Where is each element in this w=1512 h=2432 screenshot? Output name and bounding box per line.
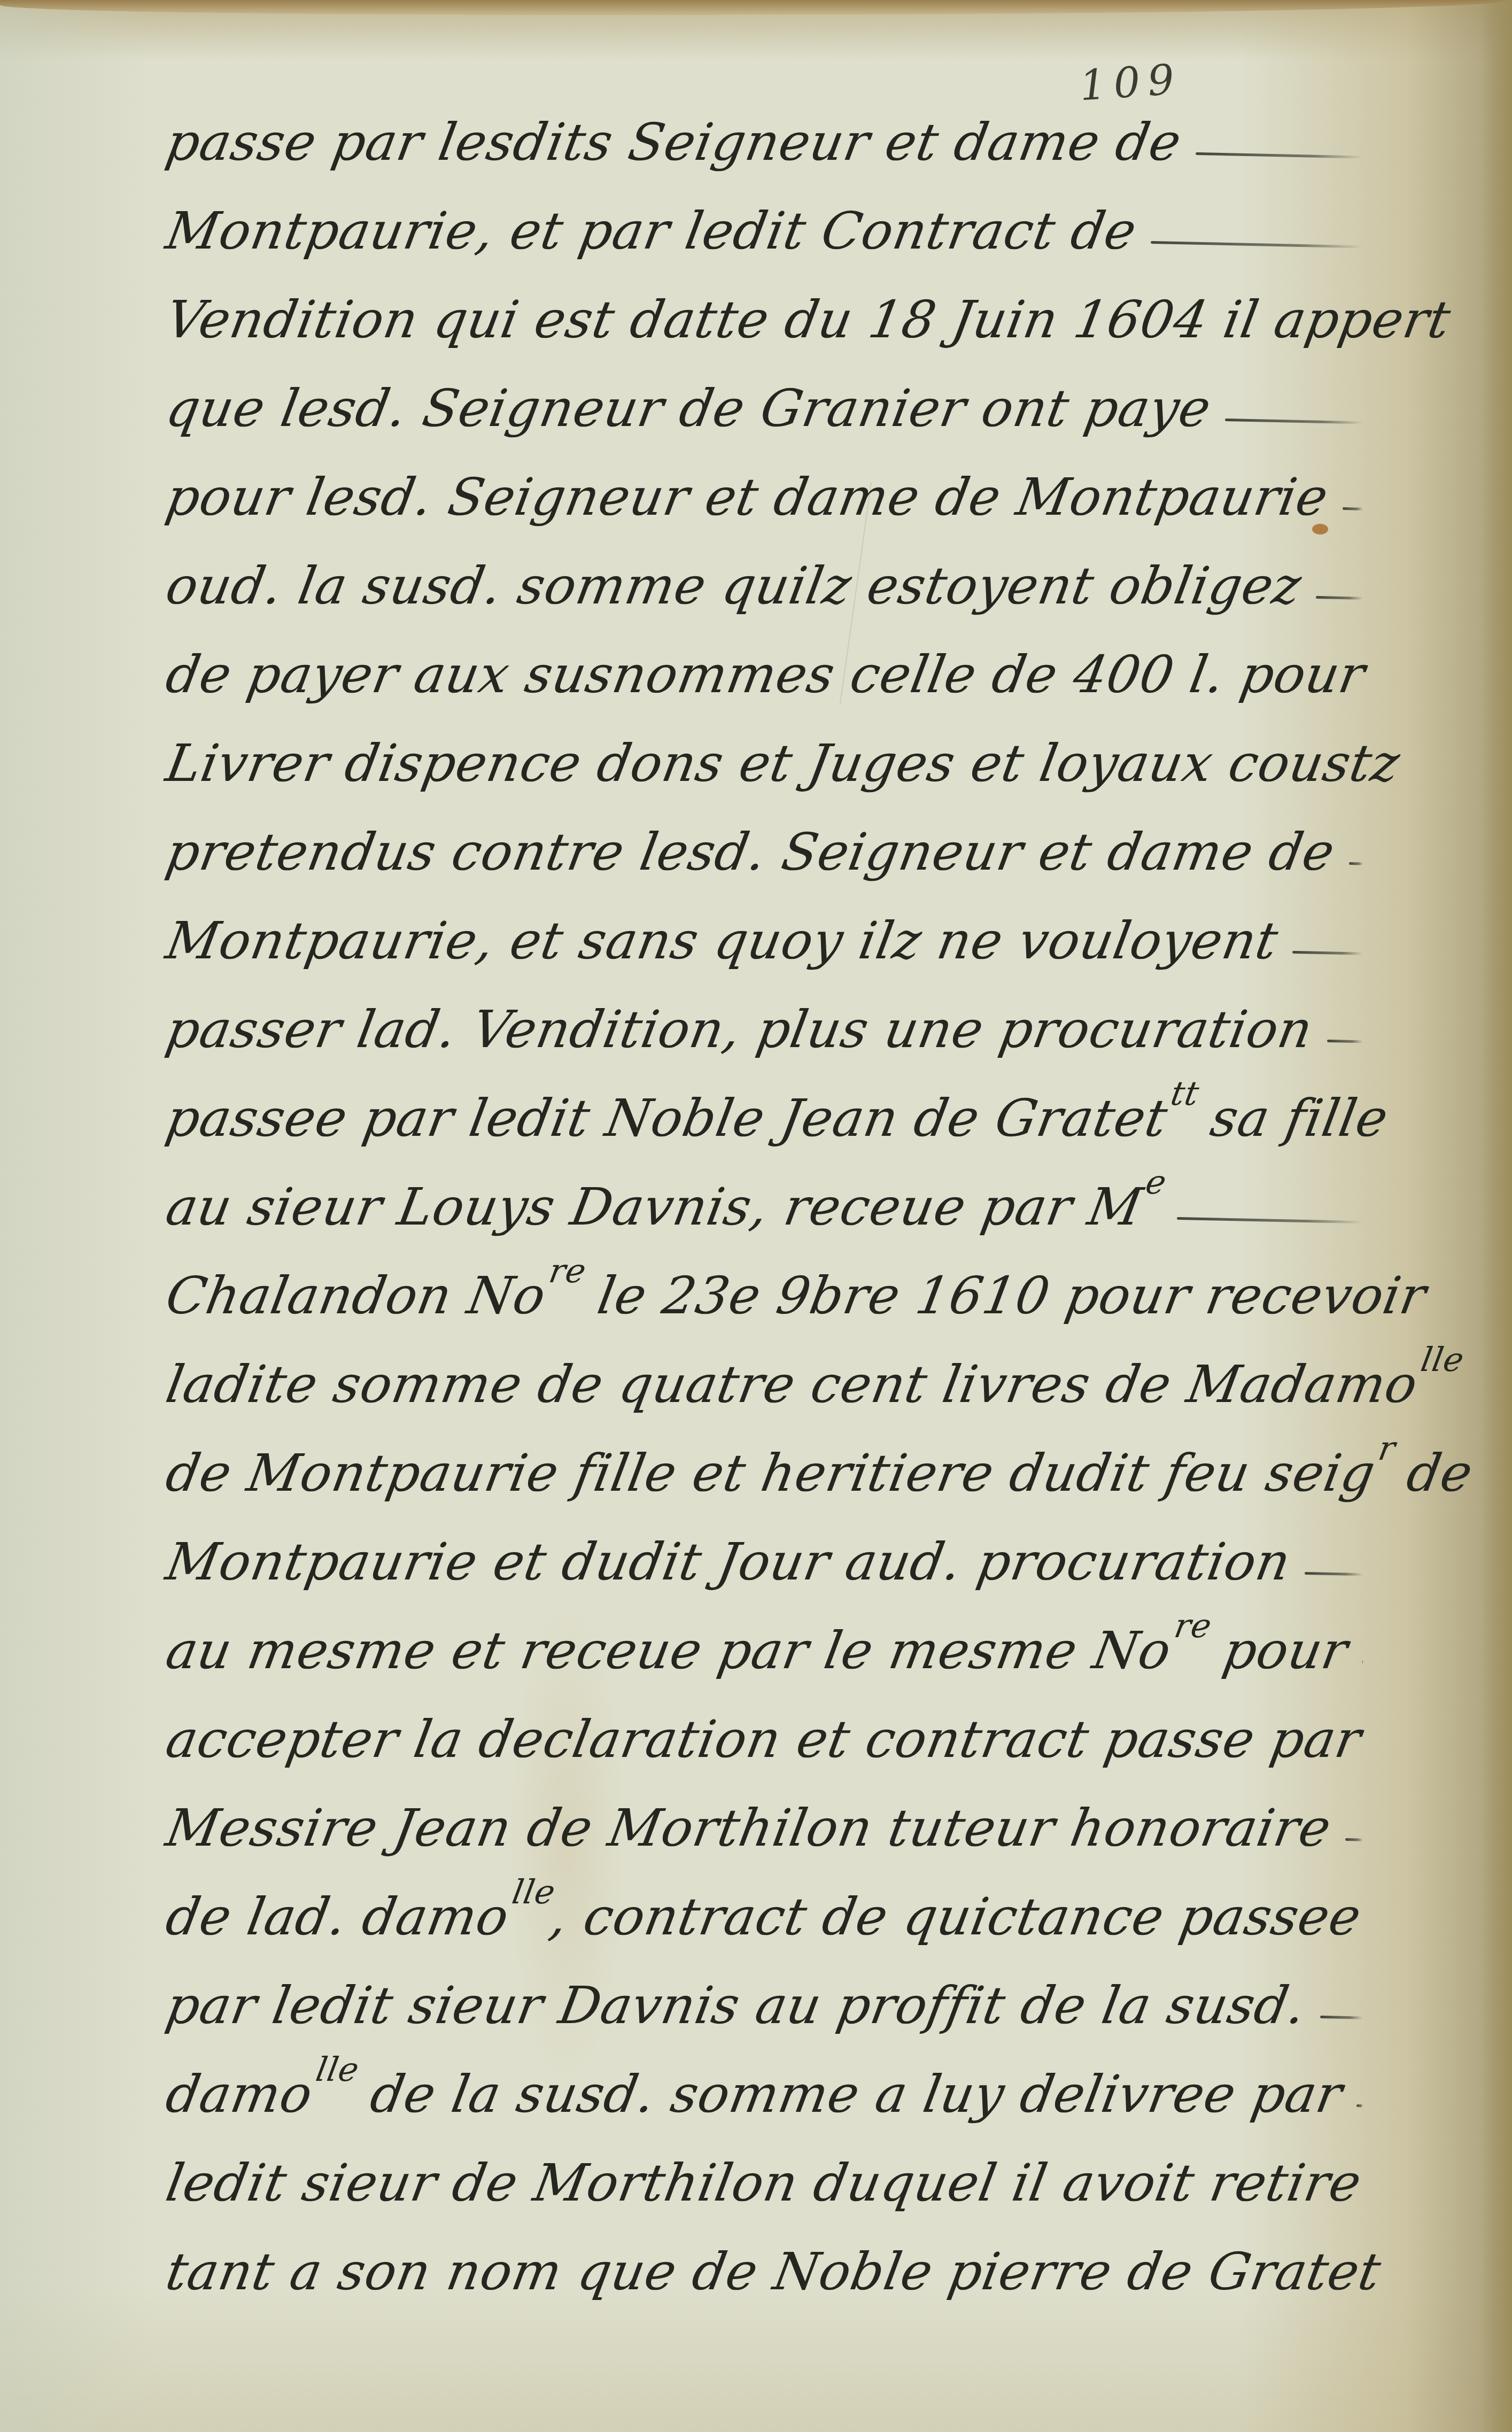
line-filler-dash <box>1320 2016 1363 2019</box>
manuscript-line: pour lesd. Seigneur et dame de Montpauri… <box>160 446 1363 535</box>
line-text: ledit sieur de Morthilon duquel il avoit… <box>160 2157 1366 2220</box>
manuscript-line: de lad. damolle, contract de quictance p… <box>160 1865 1363 1954</box>
superscript-abbreviation: lle <box>313 2050 362 2089</box>
line-text: Montpaurie et dudit Jour aud. procuratio… <box>160 1536 1294 1599</box>
manuscript-line: Messire Jean de Morthilon tuteur honorai… <box>160 1777 1363 1865</box>
manuscript-line: Montpaurie, et sans quoy ilz ne vouloyen… <box>160 889 1363 978</box>
line-text: passer lad. Vendition, plus une procurat… <box>160 1004 1316 1067</box>
line-text-main: de Montpaurie fille et heritiere dudit f… <box>161 1443 1379 1503</box>
line-text: Livrer dispence dons et Juges et loyaux … <box>160 738 1404 801</box>
manuscript-line: de Montpaurie fille et heritiere dudit f… <box>160 1422 1363 1511</box>
superscript-abbreviation: re <box>546 1251 590 1290</box>
line-text: Chalandon Nore le 23e 9bre 1610 pour rec… <box>160 1270 1430 1333</box>
line-text-main: accepter la declaration et contract pass… <box>161 1709 1366 1769</box>
line-text-main: pour lesd. Seigneur et dame de Montpauri… <box>161 467 1332 527</box>
line-text: oud. la susd. somme quilz estoyent oblig… <box>160 560 1305 623</box>
line-filler-dash <box>1292 951 1363 955</box>
line-text-main: ladite somme de quatre cent livres de Ma… <box>161 1354 1422 1414</box>
line-text-main: Vendition qui est datte du 18 Juin 1604 … <box>161 290 1455 350</box>
manuscript-line: passee par ledit Noble Jean de Gratettt … <box>160 1067 1363 1156</box>
line-filler-dash <box>1316 596 1363 600</box>
line-text: Montpaurie, et sans quoy ilz ne vouloyen… <box>160 915 1282 978</box>
superscript-abbreviation: re <box>1172 1606 1215 1645</box>
line-text-main: Montpaurie, et par ledit Contract de <box>161 201 1141 261</box>
line-text: par ledit sieur Davnis au proffit de la … <box>160 1980 1310 2043</box>
line-text: pour lesd. Seigneur et dame de Montpauri… <box>160 471 1332 535</box>
manuscript-line: ladite somme de quatre cent livres de Ma… <box>160 1333 1363 1422</box>
line-text: de lad. damolle, contract de quictance p… <box>160 1891 1365 1954</box>
page-top-edge <box>0 0 1512 15</box>
manuscript-line: Montpaurie et dudit Jour aud. procuratio… <box>160 1511 1363 1599</box>
line-text-main: Montpaurie et dudit Jour aud. procuratio… <box>161 1532 1295 1592</box>
manuscript-text-block: passe par lesdits Seigneur et dame deMon… <box>160 91 1363 2309</box>
line-filler-dash <box>1225 419 1363 424</box>
line-text-main: passee par ledit Noble Jean de Gratet <box>161 1088 1172 1148</box>
line-text-main: que lesd. Seigneur de Granier ont paye <box>161 378 1215 438</box>
manuscript-line: Montpaurie, et par ledit Contract de <box>160 180 1363 268</box>
manuscript-line: passe par lesdits Seigneur et dame de <box>160 91 1363 180</box>
line-filler-dash <box>1151 241 1363 248</box>
line-text-main: Chalandon No <box>161 1266 550 1326</box>
line-text: pretendus contre lesd. Seigneur et dame … <box>160 826 1339 889</box>
superscript-abbreviation: e <box>1143 1163 1170 1202</box>
line-text: Messire Jean de Morthilon tuteur honorai… <box>160 1802 1335 1865</box>
line-text-main: par ledit sieur Davnis au proffit de la … <box>161 1976 1311 2035</box>
line-text-main: pretendus contre lesd. Seigneur et dame … <box>161 822 1339 882</box>
manuscript-line: que lesd. Seigneur de Granier ont paye <box>160 357 1363 446</box>
line-text-main: tant a son nom que de Noble pierre de Gr… <box>161 2242 1385 2302</box>
page-right-edge-shadow <box>1480 0 1512 2432</box>
manuscript-line: oud. la susd. somme quilz estoyent oblig… <box>160 535 1363 623</box>
line-filler-dash <box>1342 507 1363 510</box>
line-text: de Montpaurie fille et heritiere dudit f… <box>160 1447 1477 1511</box>
manuscript-line: damolle de la susd. somme a luy delivree… <box>160 2043 1363 2132</box>
line-text-continuation: , contract de quictance passee <box>546 1887 1366 1947</box>
manuscript-line: passer lad. Vendition, plus une procurat… <box>160 978 1363 1067</box>
line-text-continuation: pour <box>1202 1621 1353 1680</box>
line-text: Montpaurie, et par ledit Contract de <box>160 205 1141 268</box>
superscript-abbreviation: lle <box>1418 1340 1467 1379</box>
line-filler-dash <box>1362 1661 1363 1663</box>
line-text-main: Livrer dispence dons et Juges et loyaux … <box>161 733 1404 793</box>
manuscript-line: pretendus contre lesd. Seigneur et dame … <box>160 801 1363 889</box>
line-text-main: ledit sieur de Morthilon duquel il avoit… <box>161 2153 1366 2213</box>
line-text: tant a son nom que de Noble pierre de Gr… <box>160 2246 1385 2309</box>
line-text-continuation: le 23e 9bre 1610 pour recevoir <box>576 1266 1431 1326</box>
manuscript-line: par ledit sieur Davnis au proffit de la … <box>160 1954 1363 2043</box>
line-filler-dash <box>1177 1217 1363 1223</box>
line-filler-dash <box>1196 152 1363 159</box>
line-text-main: de payer aux susnommes celle de 400 l. p… <box>161 645 1370 704</box>
manuscript-line: accepter la declaration et contract pass… <box>160 1688 1363 1777</box>
line-text-main: Montpaurie, et sans quoy ilz ne vouloyen… <box>161 911 1283 971</box>
line-text: passe par lesdits Seigneur et dame de <box>160 117 1185 180</box>
manuscript-line: Livrer dispence dons et Juges et loyaux … <box>160 712 1363 801</box>
manuscript-line: tant a son nom que de Noble pierre de Gr… <box>160 2220 1363 2309</box>
manuscript-page: 109 passe par lesdits Seigneur et dame d… <box>0 0 1512 2432</box>
line-text: accepter la declaration et contract pass… <box>160 1714 1366 1777</box>
manuscript-line: au mesme et receue par le mesme Nore pou… <box>160 1599 1363 1688</box>
line-text: au mesme et receue par le mesme Nore pou… <box>160 1625 1352 1688</box>
manuscript-line: au sieur Louys Davnis, receue par Me <box>160 1156 1363 1244</box>
manuscript-line: Vendition qui est datte du 18 Juin 1604 … <box>160 268 1363 357</box>
line-text: passee par ledit Noble Jean de Gratettt … <box>160 1093 1392 1156</box>
line-text-main: Messire Jean de Morthilon tuteur honorai… <box>161 1798 1336 1858</box>
line-filler-dash <box>1349 862 1363 865</box>
line-text: Vendition qui est datte du 18 Juin 1604 … <box>160 294 1454 357</box>
line-text-continuation: sa fille <box>1189 1088 1393 1148</box>
line-text: damolle de la susd. somme a luy delivree… <box>160 2069 1346 2132</box>
line-filler-dash <box>1327 1040 1363 1043</box>
manuscript-line: Chalandon Nore le 23e 9bre 1610 pour rec… <box>160 1244 1363 1333</box>
line-text-continuation: de la susd. somme a luy delivree par <box>349 2064 1347 2124</box>
line-text-main: damo <box>161 2064 317 2124</box>
superscript-abbreviation: lle <box>509 1872 559 1911</box>
manuscript-line: ledit sieur de Morthilon duquel il avoit… <box>160 2132 1363 2220</box>
line-text: que lesd. Seigneur de Granier ont paye <box>160 383 1215 446</box>
line-filler-dash <box>1345 1838 1363 1841</box>
manuscript-line: de payer aux susnommes celle de 400 l. p… <box>160 623 1363 712</box>
line-text-main: passe par lesdits Seigneur et dame de <box>161 112 1186 172</box>
line-text: ladite somme de quatre cent livres de Ma… <box>160 1359 1464 1422</box>
line-filler-dash <box>1305 1572 1363 1576</box>
line-text-continuation: de <box>1386 1443 1478 1503</box>
line-text: de payer aux susnommes celle de 400 l. p… <box>160 649 1369 712</box>
line-text-main: oud. la susd. somme quilz estoyent oblig… <box>161 556 1306 616</box>
line-text-main: au sieur Louys Davnis, receue par M <box>161 1177 1147 1237</box>
line-text-main: de lad. damo <box>161 1887 513 1947</box>
line-filler-dash <box>1356 2104 1363 2107</box>
line-text-main: passer lad. Vendition, plus une procurat… <box>161 1000 1317 1059</box>
line-text-main: au mesme et receue par le mesme No <box>161 1621 1176 1680</box>
line-text: au sieur Louys Davnis, receue par Me <box>160 1181 1167 1244</box>
